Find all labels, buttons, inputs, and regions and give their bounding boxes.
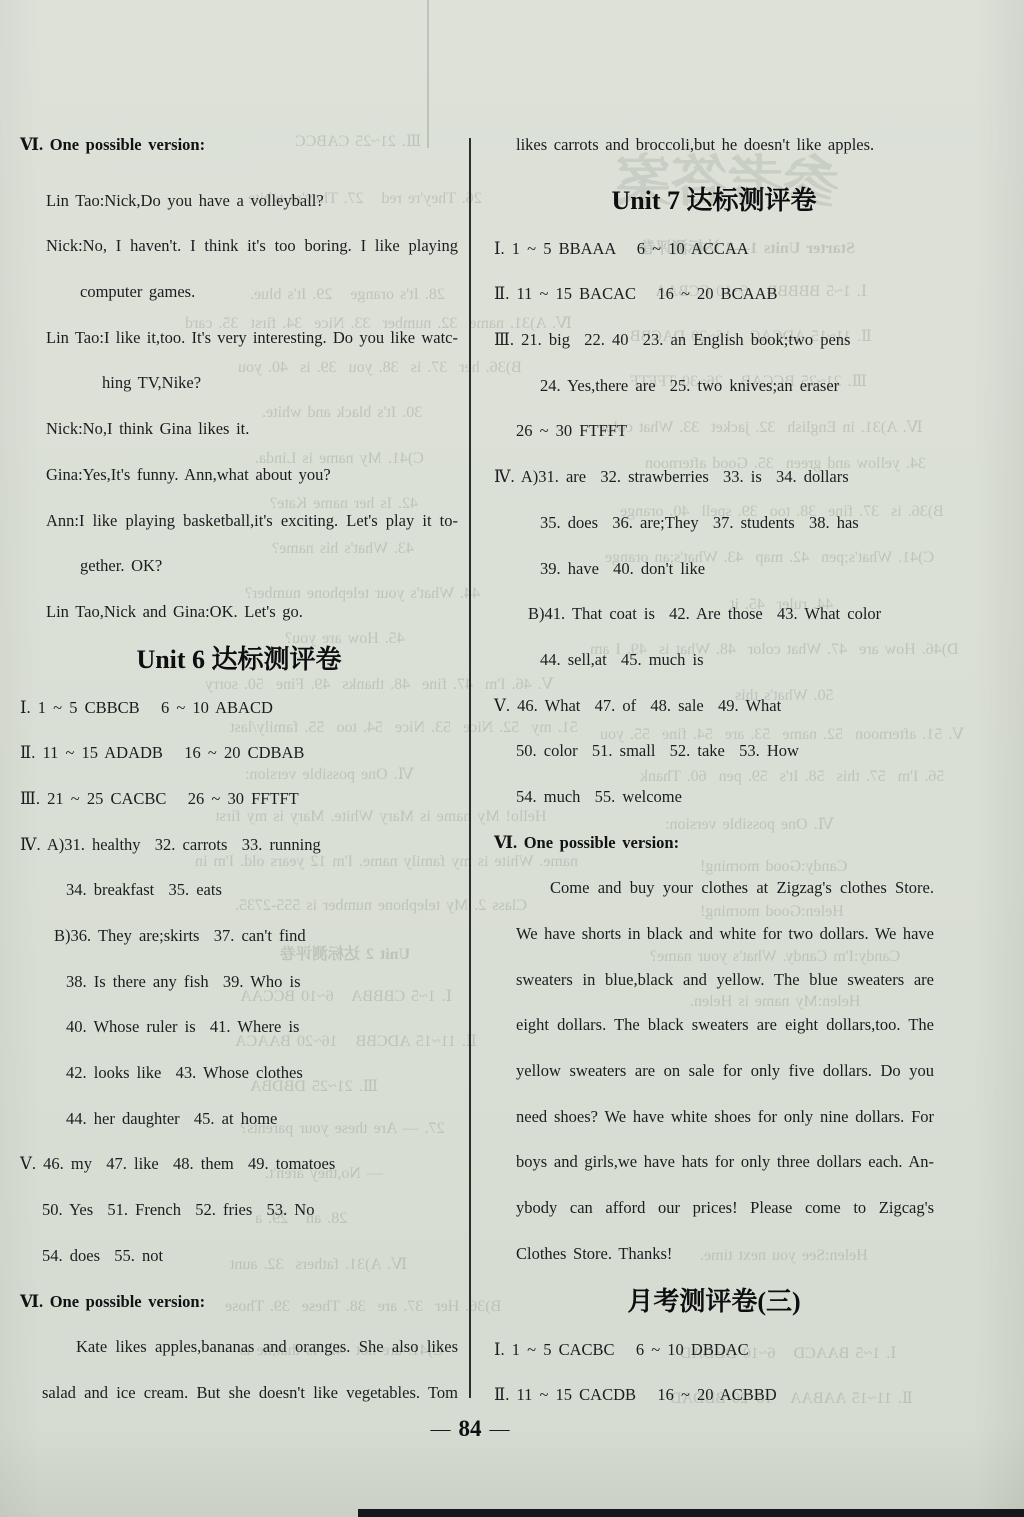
essay-line: need shoes? We have white shoes for only…: [494, 1094, 934, 1140]
essay-line: boys and girls,we have hats for only thr…: [494, 1139, 934, 1185]
answer-line: Ⅲ. 21. big 22. 40 23. an English book;tw…: [494, 317, 934, 363]
answer-line: Ⅰ. 1 ~ 5 CACBC 6 ~ 10 DBDAC: [494, 1327, 934, 1373]
essay-line: Clothes Store. Thanks!: [494, 1231, 934, 1277]
section-vi-label: Ⅵ. One possible version:: [20, 122, 458, 168]
dialogue-line: Gina:Yes,It's funny. Ann,what about you?: [20, 452, 458, 498]
answer-line: 50. Yes 51. French 52. fries 53. No: [20, 1187, 458, 1233]
answer-line: 42. looks like 43. Whose clothes: [20, 1050, 458, 1096]
essay-line: likes carrots and broccoli,but he doesn'…: [494, 122, 934, 168]
essay-line: yellow sweaters are on sale for only fiv…: [494, 1048, 934, 1094]
monthly-test-heading: 月考测评卷(三): [494, 1277, 934, 1327]
section-vi-label: Ⅵ. One possible version:: [494, 820, 934, 866]
answer-line: Ⅳ. A)31. healthy 32. carrots 33. running: [20, 822, 458, 868]
page-number-dash-right: —: [490, 1418, 510, 1441]
answer-line: 54. does 55. not: [20, 1233, 458, 1279]
answer-line: 44. her daughter 45. at home: [20, 1096, 458, 1142]
essay-line: eight dollars. The black sweaters are ei…: [494, 1002, 934, 1048]
answer-line: Ⅰ. 1 ~ 5 BBAAA 6 ~ 10 ACCAA: [494, 226, 934, 272]
answer-line: Ⅰ. 1 ~ 5 CBBCB 6 ~ 10 ABACD: [20, 685, 458, 731]
dialogue-line: Lin Tao:Nick,Do you have a volleyball?: [20, 178, 458, 224]
dialogue-line: Lin Tao,Nick and Gina:OK. Let's go.: [20, 589, 458, 635]
scan-crease: [427, 0, 429, 148]
dialogue-line: hing TV,Nike?: [20, 360, 458, 406]
answer-line: 44. sell,at 45. much is: [494, 637, 934, 683]
answer-line: B)41. That coat is 42. Are those 43. Wha…: [494, 591, 934, 637]
essay-line: ybody can afford our prices! Please come…: [494, 1185, 934, 1231]
page-number-dash-left: —: [431, 1418, 451, 1441]
scanned-answer-page: { "page": { "number": "84", "dash_left":…: [0, 0, 1024, 1517]
answer-line: Ⅱ. 11 ~ 15 BACAC 16 ~ 20 BCAAB: [494, 271, 934, 317]
answer-line: Ⅲ. 21 ~ 25 CACBC 26 ~ 30 FFTFT: [20, 776, 458, 822]
answer-line: 24. Yes,there are 25. two knives;an eras…: [494, 363, 934, 409]
answer-line: Ⅱ. 11 ~ 15 ADADB 16 ~ 20 CDBAB: [20, 730, 458, 776]
essay-line: Kate likes apples,bananas and oranges. S…: [20, 1324, 458, 1370]
dialogue-line: Lin Tao:I like it,too. It's very interes…: [20, 315, 458, 361]
answer-line: Ⅴ. 46. my 47. like 48. them 49. tomatoes: [20, 1141, 458, 1187]
right-column: likes carrots and broccoli,but he doesn'…: [494, 122, 934, 1418]
essay-line: sweaters in blue,black and yellow. The b…: [494, 957, 934, 1003]
answer-line: 39. have 40. don't like: [494, 546, 934, 592]
dialogue-line: gether. OK?: [20, 543, 458, 589]
answer-line: 35. does 36. are;They 37. students 38. h…: [494, 500, 934, 546]
answer-line: Ⅱ. 11 ~ 15 CACDB 16 ~ 20 ACBBD: [494, 1372, 934, 1418]
section-vi-label: Ⅵ. One possible version:: [20, 1279, 458, 1325]
answer-line: 54. much 55. welcome: [494, 774, 934, 820]
essay-line: salad and ice cream. But she doesn't lik…: [20, 1370, 458, 1416]
scan-bottom-edge: [358, 1509, 1024, 1517]
answer-line: Ⅴ. 46. What 47. of 48. sale 49. What: [494, 683, 934, 729]
page-number: — 84 —: [431, 1416, 510, 1442]
unit7-heading: Unit 7 达标测评卷: [494, 176, 934, 226]
dialogue-line: Ann:I like playing basketball,it's excit…: [20, 498, 458, 544]
page-number-value: 84: [459, 1416, 482, 1442]
answer-line: 40. Whose ruler is 41. Where is: [20, 1004, 458, 1050]
essay-line: We have shorts in black and white for tw…: [494, 911, 934, 957]
answer-line: 26 ~ 30 FTFFT: [494, 408, 934, 454]
answer-line: 38. Is there any fish 39. Who is: [20, 959, 458, 1005]
left-column: Ⅵ. One possible version: Lin Tao:Nick,Do…: [20, 122, 458, 1416]
essay-line: Come and buy your clothes at Zigzag's cl…: [494, 865, 934, 911]
answer-line: B)36. They are;skirts 37. can't find: [20, 913, 458, 959]
answer-line: 50. color 51. small 52. take 53. How: [494, 728, 934, 774]
answer-line: 34. breakfast 35. eats: [20, 867, 458, 913]
column-divider: [469, 138, 471, 1398]
answer-line: Ⅳ. A)31. are 32. strawberries 33. is 34.…: [494, 454, 934, 500]
unit6-heading: Unit 6 达标测评卷: [20, 635, 458, 685]
dialogue-line: Nick:No, I haven't. I think it's too bor…: [20, 223, 458, 269]
dialogue-line: computer games.: [20, 269, 458, 315]
dialogue-line: Nick:No,I think Gina likes it.: [20, 406, 458, 452]
